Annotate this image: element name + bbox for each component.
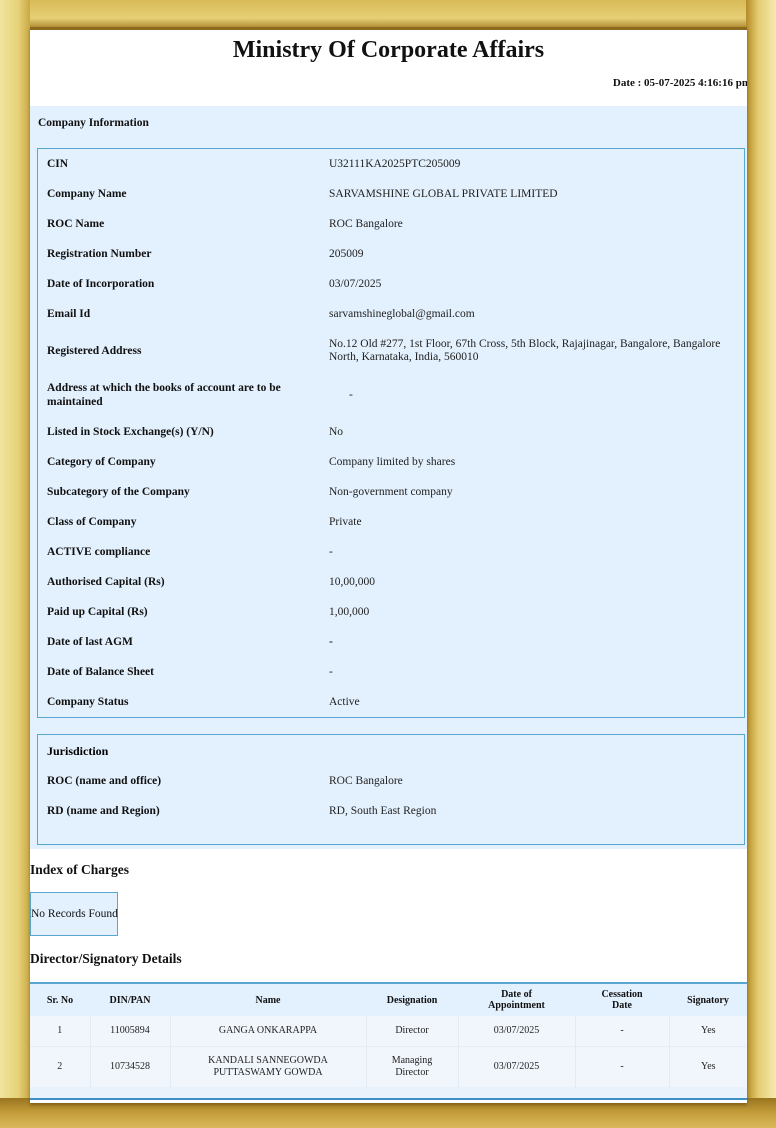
table-row: 2 10734528 KANDALI SANNEGOWDA PUTTASWAMY…	[30, 1047, 747, 1088]
no-records-found-box: No Records Found	[30, 892, 118, 936]
cell-date-of-appointment: 03/07/2025	[458, 1047, 575, 1088]
row-last-agm: Date of last AGM-	[38, 627, 744, 657]
field-value: RD, South East Region	[329, 805, 744, 818]
cell-cessation-date: -	[575, 1047, 669, 1088]
director-details-heading: Director/Signatory Details	[30, 951, 182, 967]
row-class: Class of CompanyPrivate	[38, 507, 744, 537]
company-information-heading: Company Information	[38, 117, 149, 129]
row-authorised-capital: Authorised Capital (Rs)10,00,000	[38, 567, 744, 597]
cell-designation: Director	[366, 1016, 458, 1047]
director-table: Sr. No DIN/PAN Name Designation Date of …	[30, 984, 747, 1087]
jurisdiction-heading: Jurisdiction	[38, 735, 744, 766]
company-information-section: Company Information CINU32111KA2025PTC20…	[30, 106, 747, 849]
row-balance-sheet: Date of Balance Sheet-	[38, 657, 744, 687]
gold-frame-left	[0, 0, 30, 1128]
field-label: Registration Number	[38, 247, 329, 261]
company-details-box: CINU32111KA2025PTC205009 Company NameSAR…	[37, 148, 745, 718]
cell-din-pan: 11005894	[90, 1016, 170, 1047]
field-label: Subcategory of the Company	[38, 485, 329, 499]
row-listed: Listed in Stock Exchange(s) (Y/N)No	[38, 417, 744, 447]
field-value: -	[329, 546, 744, 559]
gold-frame-top	[0, 0, 776, 30]
field-value: No.12 Old #277, 1st Floor, 67th Cross, 5…	[329, 338, 744, 364]
director-table-container: Sr. No DIN/PAN Name Designation Date of …	[30, 982, 747, 1100]
cell-designation: Managing Director	[366, 1047, 458, 1088]
row-subcategory: Subcategory of the CompanyNon-government…	[38, 477, 744, 507]
field-label: Paid up Capital (Rs)	[38, 605, 329, 619]
field-value: No	[329, 426, 744, 439]
field-value: 03/07/2025	[329, 278, 744, 291]
row-books-address: Address at which the books of account ar…	[38, 373, 744, 417]
cell-signatory: Yes	[669, 1016, 747, 1047]
field-value: Company limited by shares	[329, 456, 744, 469]
row-company-status: Company StatusActive	[38, 687, 744, 717]
field-value: Non-government company	[329, 486, 744, 499]
field-label: Registered Address	[38, 344, 329, 358]
jurisdiction-box: Jurisdiction ROC (name and office)ROC Ba…	[37, 734, 745, 845]
cell-sr-no: 2	[30, 1047, 90, 1088]
field-value: 10,00,000	[329, 576, 744, 589]
row-registration-number: Registration Number205009	[38, 239, 744, 269]
field-value: 205009	[329, 248, 744, 261]
column-header-din-pan: DIN/PAN	[90, 984, 170, 1016]
field-value: ROC Bangalore	[329, 775, 744, 788]
row-roc-name: ROC NameROC Bangalore	[38, 209, 744, 239]
field-label: Date of Incorporation	[38, 277, 329, 291]
column-header-name: Name	[170, 984, 366, 1016]
field-value: sarvamshineglobal@gmail.com	[329, 308, 744, 321]
index-of-charges-heading: Index of Charges	[30, 862, 129, 878]
cell-name: GANGA ONKARAPPA	[170, 1016, 366, 1047]
field-value: SARVAMSHINE GLOBAL PRIVATE LIMITED	[329, 188, 744, 201]
field-label: ACTIVE compliance	[38, 545, 329, 559]
field-label: Date of Balance Sheet	[38, 665, 329, 679]
row-company-name: Company NameSARVAMSHINE GLOBAL PRIVATE L…	[38, 179, 744, 209]
field-label: ROC (name and office)	[38, 774, 329, 788]
field-value: U32111KA2025PTC205009	[329, 158, 744, 171]
cell-name: KANDALI SANNEGOWDA PUTTASWAMY GOWDA	[170, 1047, 366, 1088]
field-label: Company Name	[38, 187, 329, 201]
document-page: Ministry Of Corporate Affairs Date : 05-…	[30, 27, 747, 1103]
field-label: Authorised Capital (Rs)	[38, 575, 329, 589]
column-header-designation: Designation	[366, 984, 458, 1016]
field-value: -	[329, 666, 744, 679]
report-date: Date : 05-07-2025 4:16:16 pm	[613, 77, 747, 89]
column-header-signatory: Signatory	[669, 984, 747, 1016]
row-paid-up-capital: Paid up Capital (Rs)1,00,000	[38, 597, 744, 627]
row-active-compliance: ACTIVE compliance-	[38, 537, 744, 567]
cell-din-pan: 10734528	[90, 1047, 170, 1088]
row-date-of-incorporation: Date of Incorporation03/07/2025	[38, 269, 744, 299]
field-value: Active	[329, 696, 744, 709]
field-label: Date of last AGM	[38, 635, 329, 649]
field-label: Email Id	[38, 307, 329, 321]
cell-cessation-date: -	[575, 1016, 669, 1047]
column-header-sr-no: Sr. No	[30, 984, 90, 1016]
field-value: -	[349, 389, 744, 402]
cell-signatory: Yes	[669, 1047, 747, 1088]
column-header-date-of-appointment: Date of Appointment	[458, 984, 575, 1016]
field-label: Company Status	[38, 695, 329, 709]
cell-date-of-appointment: 03/07/2025	[458, 1016, 575, 1047]
cell-sr-no: 1	[30, 1016, 90, 1047]
field-label: Listed in Stock Exchange(s) (Y/N)	[38, 425, 329, 439]
row-email-id: Email Idsarvamshineglobal@gmail.com	[38, 299, 744, 329]
table-row: 1 11005894 GANGA ONKARAPPA Director 03/0…	[30, 1016, 747, 1047]
field-label: Address at which the books of account ar…	[38, 381, 349, 409]
gold-frame-right	[746, 0, 776, 1128]
field-value: -	[329, 636, 744, 649]
field-label: Class of Company	[38, 515, 329, 529]
field-label: Category of Company	[38, 455, 329, 469]
row-cin: CINU32111KA2025PTC205009	[38, 149, 744, 179]
row-rd-region: RD (name and Region)RD, South East Regio…	[38, 796, 744, 826]
row-roc-office: ROC (name and office)ROC Bangalore	[38, 766, 744, 796]
row-category: Category of CompanyCompany limited by sh…	[38, 447, 744, 477]
table-header-row: Sr. No DIN/PAN Name Designation Date of …	[30, 984, 747, 1016]
field-value: ROC Bangalore	[329, 218, 744, 231]
row-registered-address: Registered AddressNo.12 Old #277, 1st Fl…	[38, 329, 744, 373]
field-value: 1,00,000	[329, 606, 744, 619]
field-label: CIN	[38, 157, 329, 171]
page-title: Ministry Of Corporate Affairs	[30, 35, 747, 65]
column-header-cessation-date: Cessation Date	[575, 984, 669, 1016]
field-label: ROC Name	[38, 217, 329, 231]
field-label: RD (name and Region)	[38, 804, 329, 818]
field-value: Private	[329, 516, 744, 529]
